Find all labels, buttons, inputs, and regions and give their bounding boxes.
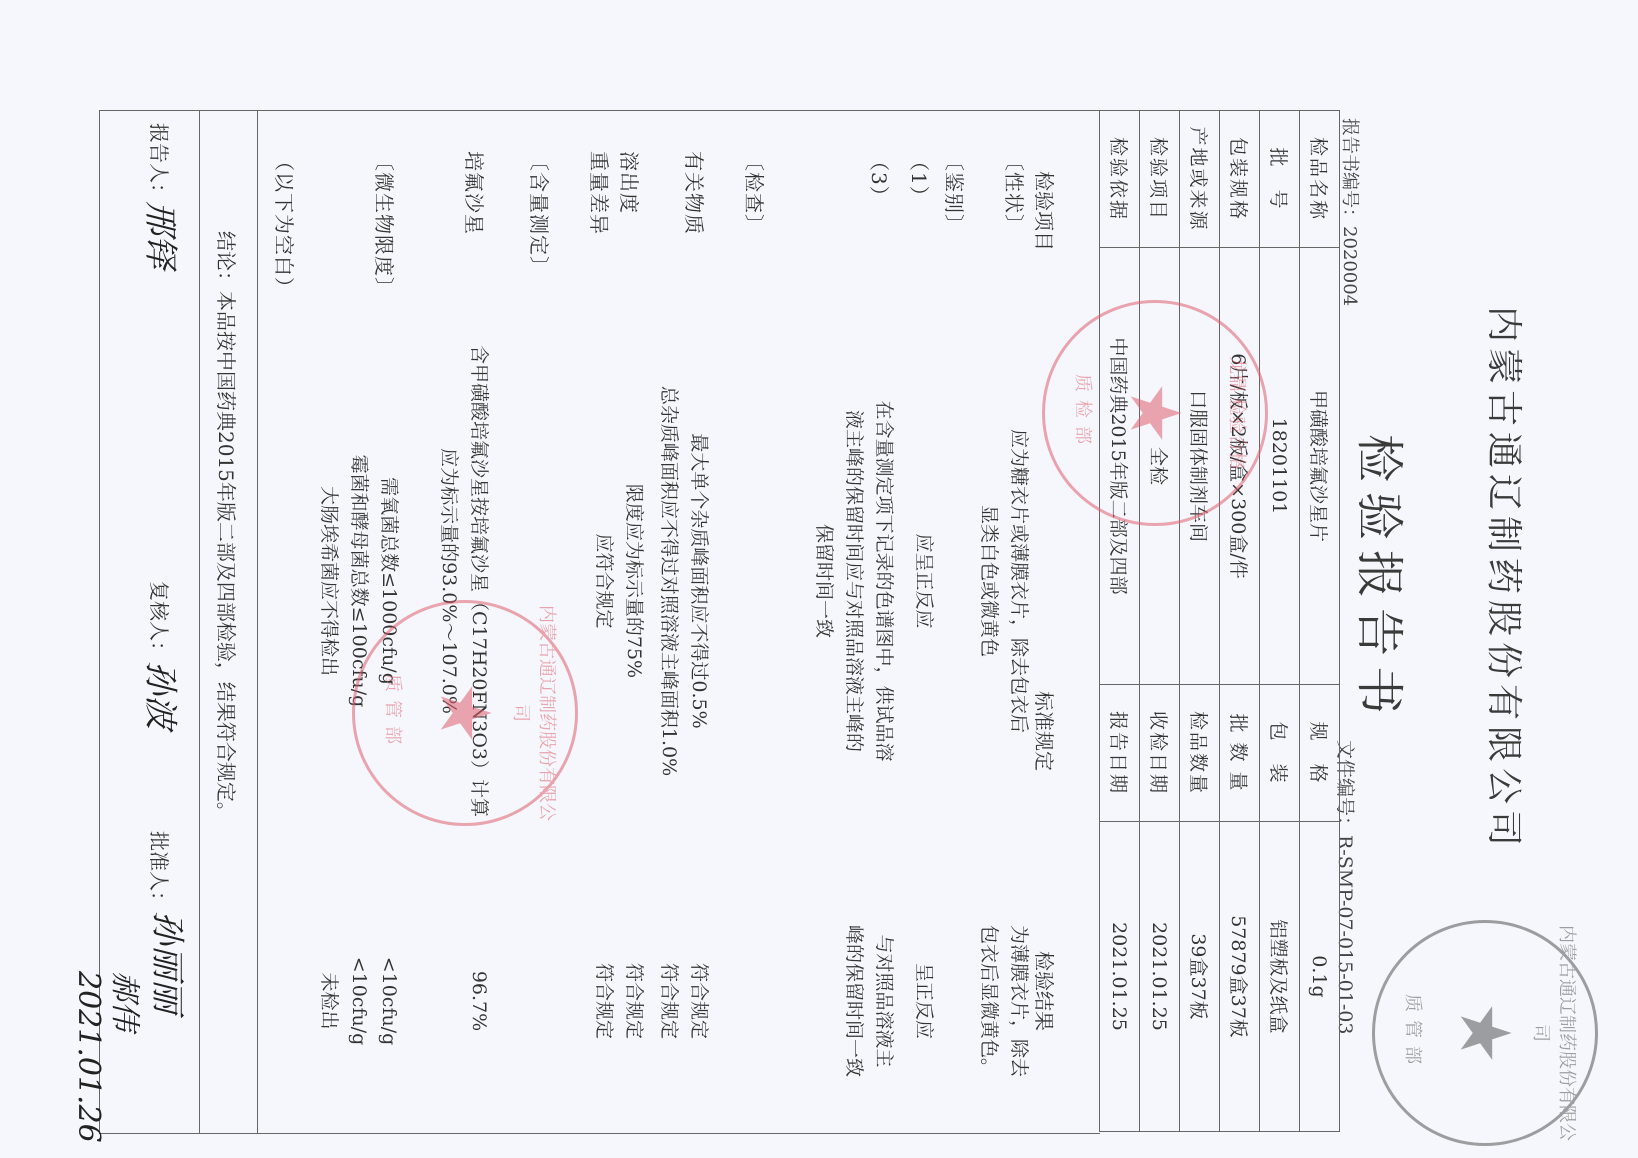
test-standard: 应为糖衣片或薄膜衣片，除去包衣后显类白色或微黄色 [974, 301, 1034, 861]
info-row: 包装规格6片/板×2板/盒×300盒/件批 数 量57879盒37板 [1220, 111, 1260, 1132]
test-item: 〔含量测定〕 [526, 151, 555, 277]
standard-line: 最大单个杂质峰面积应不得过0.5% [684, 301, 714, 861]
info-label: 检验依据 [1100, 111, 1140, 248]
approver-signature: 孙丽丽 [146, 911, 195, 1013]
info-value2: 铝塑板及纸盒 [1260, 822, 1300, 1132]
test-item: （3） [866, 151, 895, 207]
result-line: 峰的保留时间一致 [839, 881, 869, 1121]
test-item: 〔微生物限度〕 [371, 151, 400, 298]
divider [199, 111, 200, 1133]
info-label: 检验项目 [1140, 111, 1180, 248]
test-result: 与对照品溶液主峰的保留时间一致 [839, 881, 899, 1121]
result-line: 与对照品溶液主 [869, 881, 899, 1121]
info-label2: 批 数 量 [1220, 685, 1260, 822]
qa-stamp: 内蒙古通辽制药股份有限公司 ★ 质管部 [1372, 920, 1598, 1146]
info-value2: 39盒37板 [1180, 822, 1220, 1132]
test-standard: 应符合规定 [589, 301, 619, 861]
test-result: 符合规定 [619, 881, 649, 1121]
standard-line: 应符合规定 [589, 301, 619, 861]
reviewer-label: 复核人： [146, 581, 175, 661]
product-info-table: 检品名称甲磺酸培氟沙星片规 格0.1g批 号18201101包 装铝塑板及纸盒包… [1099, 110, 1340, 1132]
standard-line: 大肠埃希菌应不得检出 [314, 301, 344, 861]
divider [257, 111, 258, 1133]
standard-line: 显类白色或微黄色 [974, 301, 1004, 861]
info-label2: 收检日期 [1140, 685, 1180, 822]
test-result: 符合规定 [589, 881, 619, 1121]
info-label: 产地或来源 [1180, 111, 1220, 248]
test-standard: 在含量测定项下记录的色谱图中，供试品溶液主峰的保留时间应与对照品溶液主峰的保留时… [809, 301, 899, 861]
info-value2: 0.1g [1300, 822, 1340, 1132]
result-line: <10cfu/g [374, 881, 404, 1121]
result-line: <10cfu/g [344, 881, 374, 1121]
info-row: 检品名称甲磺酸培氟沙星片规 格0.1g [1300, 111, 1340, 1132]
approver-label: 批准人： [146, 831, 175, 911]
info-row: 批 号18201101包 装铝塑板及纸盒 [1260, 111, 1300, 1132]
info-value2: 2021.01.25 [1100, 822, 1140, 1132]
result-line: 为薄膜衣片，除去 [1004, 881, 1034, 1121]
inspection-stamp: 龙鼎 检验合格 ★ 质检部 [1042, 300, 1268, 526]
standard-line: 霉菌和酵母菌总数≤100cfu/g [344, 301, 374, 861]
star-icon: ★ [430, 682, 500, 745]
conclusion: 结论：本品按中国药典2015年版二部及四部检验，结果符合规定。 [213, 231, 242, 822]
info-label2: 规 格 [1300, 685, 1340, 822]
info-value2: 57879盒37板 [1220, 822, 1260, 1132]
star-icon: ★ [1450, 1002, 1520, 1065]
test-item: 溶出度 [616, 151, 645, 214]
result-line: 96.7% [464, 881, 494, 1121]
quality-stamp: 内蒙古通辽制药股份有限公司 ★ 质管部 [352, 600, 578, 826]
column-header-item: 检验项目 [1031, 171, 1060, 251]
test-item: 〔鉴别〕 [941, 151, 970, 235]
test-item: （以下为空白） [271, 151, 300, 298]
result-line: 呈正反应 [909, 881, 939, 1121]
info-label: 检品名称 [1300, 111, 1340, 248]
result-line: 符合规定 [589, 881, 619, 1121]
test-item: 培氟沙星 [461, 151, 490, 235]
test-standard: 最大单个杂质峰面积应不得过0.5%总杂质峰面积应不得过对照溶液主峰面积1.0% [654, 301, 714, 861]
result-line: 符合规定 [684, 881, 714, 1121]
standard-line: 应为糖衣片或薄膜衣片，除去包衣后 [1004, 301, 1034, 861]
test-standard: 应呈正反应 [909, 301, 939, 861]
column-header-result: 检验结果 [1031, 951, 1060, 1031]
test-results-frame: 检验项目 标准规定 检验结果 〔性状〕应为糖衣片或薄膜衣片，除去包衣后显类白色或… [99, 110, 1100, 1134]
reporter-label: 报告人： [146, 123, 175, 203]
reporter-signature: 邢铎 [139, 201, 188, 269]
test-item: （1） [906, 151, 935, 207]
test-result: 为薄膜衣片，除去包衣后显微黄色。 [974, 881, 1034, 1121]
result-line: 符合规定 [619, 881, 649, 1121]
info-label2: 检品数量 [1180, 685, 1220, 822]
info-row: 检验依据中国药典2015年版二部及四部报告日期2021.01.25 [1100, 111, 1140, 1132]
result-line: 未检出 [314, 881, 344, 1121]
info-label: 批 号 [1260, 111, 1300, 248]
info-value: 18201101 [1260, 248, 1300, 685]
test-item: 〔性状〕 [1001, 151, 1030, 235]
result-line: 包衣后显微黄色。 [974, 881, 1004, 1121]
test-result: <10cfu/g<10cfu/g未检出 [314, 881, 404, 1121]
reviewer-signature: 孙波 [139, 661, 188, 729]
test-standard: 限度应为标示量的75% [619, 301, 649, 861]
test-result: 呈正反应 [909, 881, 939, 1121]
info-label2: 包 装 [1260, 685, 1300, 822]
test-item: 重量差异 [586, 151, 615, 235]
info-value: 甲磺酸培氟沙星片 [1300, 248, 1340, 685]
inspection-report-page: 内蒙古通辽制药股份有限公司 检验报告书 报告书编号：2020004 文件编号：R… [0, 0, 1638, 1158]
standard-line: 保留时间一致 [809, 301, 839, 861]
report-number: 报告书编号：2020004 [1338, 118, 1364, 306]
standard-line: 限度应为标示量的75% [619, 301, 649, 861]
info-label: 包装规格 [1220, 111, 1260, 248]
column-header-standard: 标准规定 [1031, 691, 1060, 771]
result-line: 符合规定 [654, 881, 684, 1121]
test-result: 96.7% [464, 881, 494, 1121]
standard-line: 在含量测定项下记录的色谱图中，供试品溶 [869, 301, 899, 861]
extra-signature: 郝伟 2021.01.26 [71, 971, 150, 1143]
star-icon: ★ [1120, 382, 1190, 445]
standard-line: 应呈正反应 [909, 301, 939, 861]
test-item: 〔检查〕 [741, 151, 770, 235]
info-value2: 2021.01.25 [1140, 822, 1180, 1132]
info-label2: 报告日期 [1100, 685, 1140, 822]
standard-line: 液主峰的保留时间应与对照品溶液主峰的 [839, 301, 869, 861]
test-item: 有关物质 [681, 151, 710, 235]
test-result: 符合规定符合规定 [654, 881, 714, 1121]
info-row: 产地或来源口服固体制剂车间检品数量39盒37板 [1180, 111, 1220, 1132]
standard-line: 总杂质峰面积应不得过对照溶液主峰面积1.0% [654, 301, 684, 861]
info-row: 检验项目全检收检日期2021.01.25 [1140, 111, 1180, 1132]
